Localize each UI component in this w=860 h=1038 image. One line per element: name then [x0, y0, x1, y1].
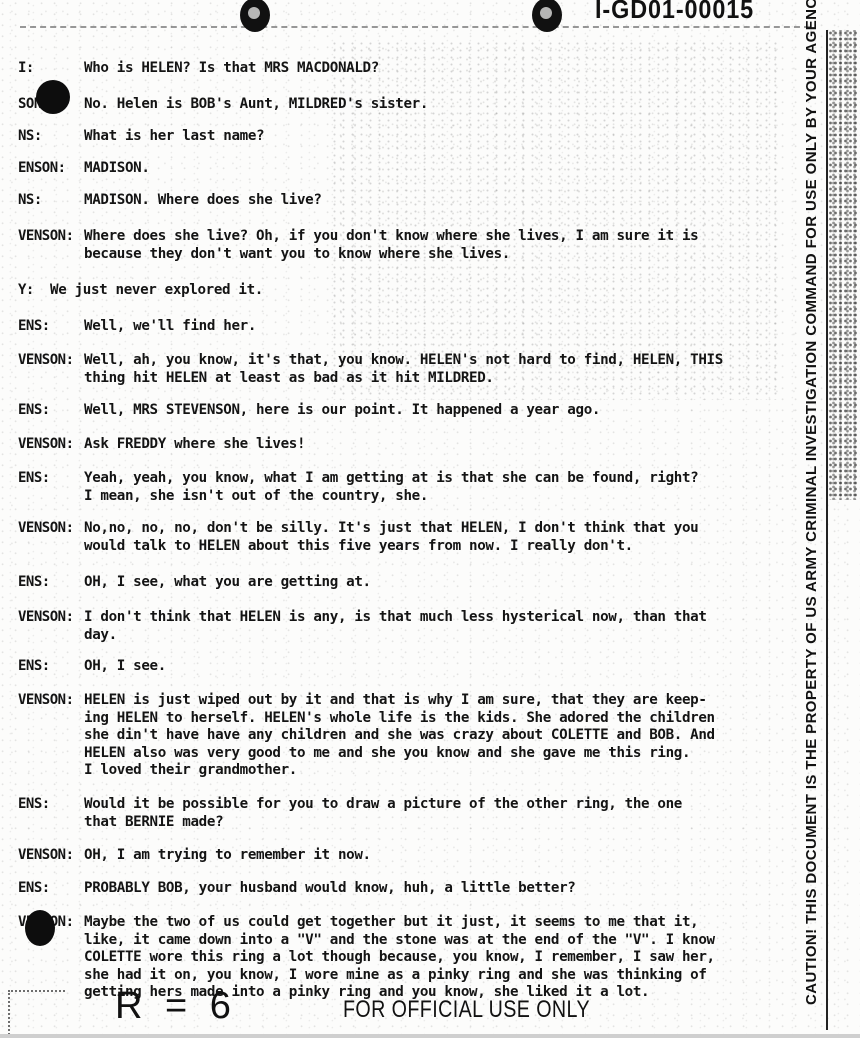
transcript-line: Ask FREDDY where she lives! [84, 436, 305, 452]
speaker-label: Y: [18, 282, 34, 298]
transcript-line: COLETTE wore this ring a lot though beca… [84, 949, 715, 965]
transcript-line: Well, ah, you know, it's that, you know.… [84, 352, 723, 368]
handwritten-mark: R = 6 [115, 985, 237, 1028]
transcript-line: HELEN is just wiped out by it and that i… [84, 692, 707, 708]
ink-blot [25, 910, 55, 946]
speaker-label: VENSON: [18, 609, 74, 625]
transcript-line: Well, MRS STEVENSON, here is our point. … [84, 402, 600, 418]
transcript-line: Who is HELEN? Is that MRS MACDONALD? [84, 60, 379, 76]
transcript-line: OH, I am trying to remember it now. [84, 847, 371, 863]
transcript-line: We just never explored it. [50, 282, 263, 298]
speaker-label: NS: [18, 192, 42, 208]
side-scuff [828, 30, 858, 500]
transcript-line: that BERNIE made? [84, 814, 223, 830]
speaker-label: VENSON: [18, 692, 74, 708]
speaker-label: VENSON: [18, 436, 74, 452]
transcript-line: would talk to HELEN about this five year… [84, 538, 633, 554]
document-number: I-GD01-00015 [595, 0, 754, 25]
speaker-label: ENS: [18, 574, 50, 590]
speaker-label: VENSON: [18, 520, 74, 536]
transcript-line: Would it be possible for you to draw a p… [84, 796, 682, 812]
transcript-line: day. [84, 627, 117, 643]
speaker-label: ENS: [18, 880, 50, 896]
transcript-line: Well, we'll find her. [84, 318, 256, 334]
transcript-line: Maybe the two of us could get together b… [84, 914, 698, 930]
speaker-label: ENS: [18, 318, 50, 334]
transcript-line: I mean, she isn't out of the country, sh… [84, 488, 428, 504]
transcript-line: ing HELEN to herself. HELEN's whole life… [84, 710, 715, 726]
document-page: I-GD01-00015 I:Who is HELEN? Is that MRS… [0, 0, 860, 1038]
transcript-line: she din't have have any children and she… [84, 727, 715, 743]
transcript-line: thing hit HELEN at least as bad as it hi… [84, 370, 494, 386]
speaker-label: NS: [18, 128, 42, 144]
speaker-label: ENS: [18, 402, 50, 418]
transcript-line: she had it on, you know, I wore mine as … [84, 967, 707, 983]
ink-blot [36, 80, 70, 114]
scan-speckle [330, 40, 780, 400]
official-use-stamp: FOR OFFICIAL USE ONLY [343, 996, 590, 1024]
transcript-line: I loved their grandmother. [84, 762, 297, 778]
speaker-label: ENS: [18, 796, 50, 812]
speaker-label: ENS: [18, 658, 50, 674]
transcript-line: like, it came down into a "V" and the st… [84, 932, 715, 948]
transcript-line: I don't think that HELEN is any, is that… [84, 609, 707, 625]
speaker-label: I: [18, 60, 34, 76]
transcript-line: HELEN also was very good to me and she y… [84, 745, 690, 761]
page-edge [0, 1034, 860, 1038]
speaker-label: ENS: [18, 470, 50, 486]
transcript-line: What is her last name? [84, 128, 264, 144]
transcript-line: because they don't want you to know wher… [84, 246, 510, 262]
corner-marks [8, 990, 65, 1038]
transcript-line: PROBABLY BOB, your husband would know, h… [84, 880, 576, 896]
caution-notice: CAUTION! THIS DOCUMENT IS THE PROPERTY O… [803, 15, 820, 1005]
transcript-line: Yeah, yeah, you know, what I am getting … [84, 470, 698, 486]
header-rule [20, 26, 810, 30]
transcript-line: Where does she live? Oh, if you don't kn… [84, 228, 698, 244]
transcript-line: MADISON. Where does she live? [84, 192, 322, 208]
speaker-label: VENSON: [18, 352, 74, 368]
transcript-line: OH, I see, what you are getting at. [84, 574, 371, 590]
transcript-line: OH, I see. [84, 658, 166, 674]
transcript-line: MADISON. [84, 160, 150, 176]
transcript-line: No,no, no, no, don't be silly. It's just… [84, 520, 698, 536]
speaker-label: ENSON: [18, 160, 66, 176]
transcript-line: No. Helen is BOB's Aunt, MILDRED's siste… [84, 96, 428, 112]
speaker-label: VENSON: [18, 228, 74, 244]
speaker-label: VENSON: [18, 847, 74, 863]
